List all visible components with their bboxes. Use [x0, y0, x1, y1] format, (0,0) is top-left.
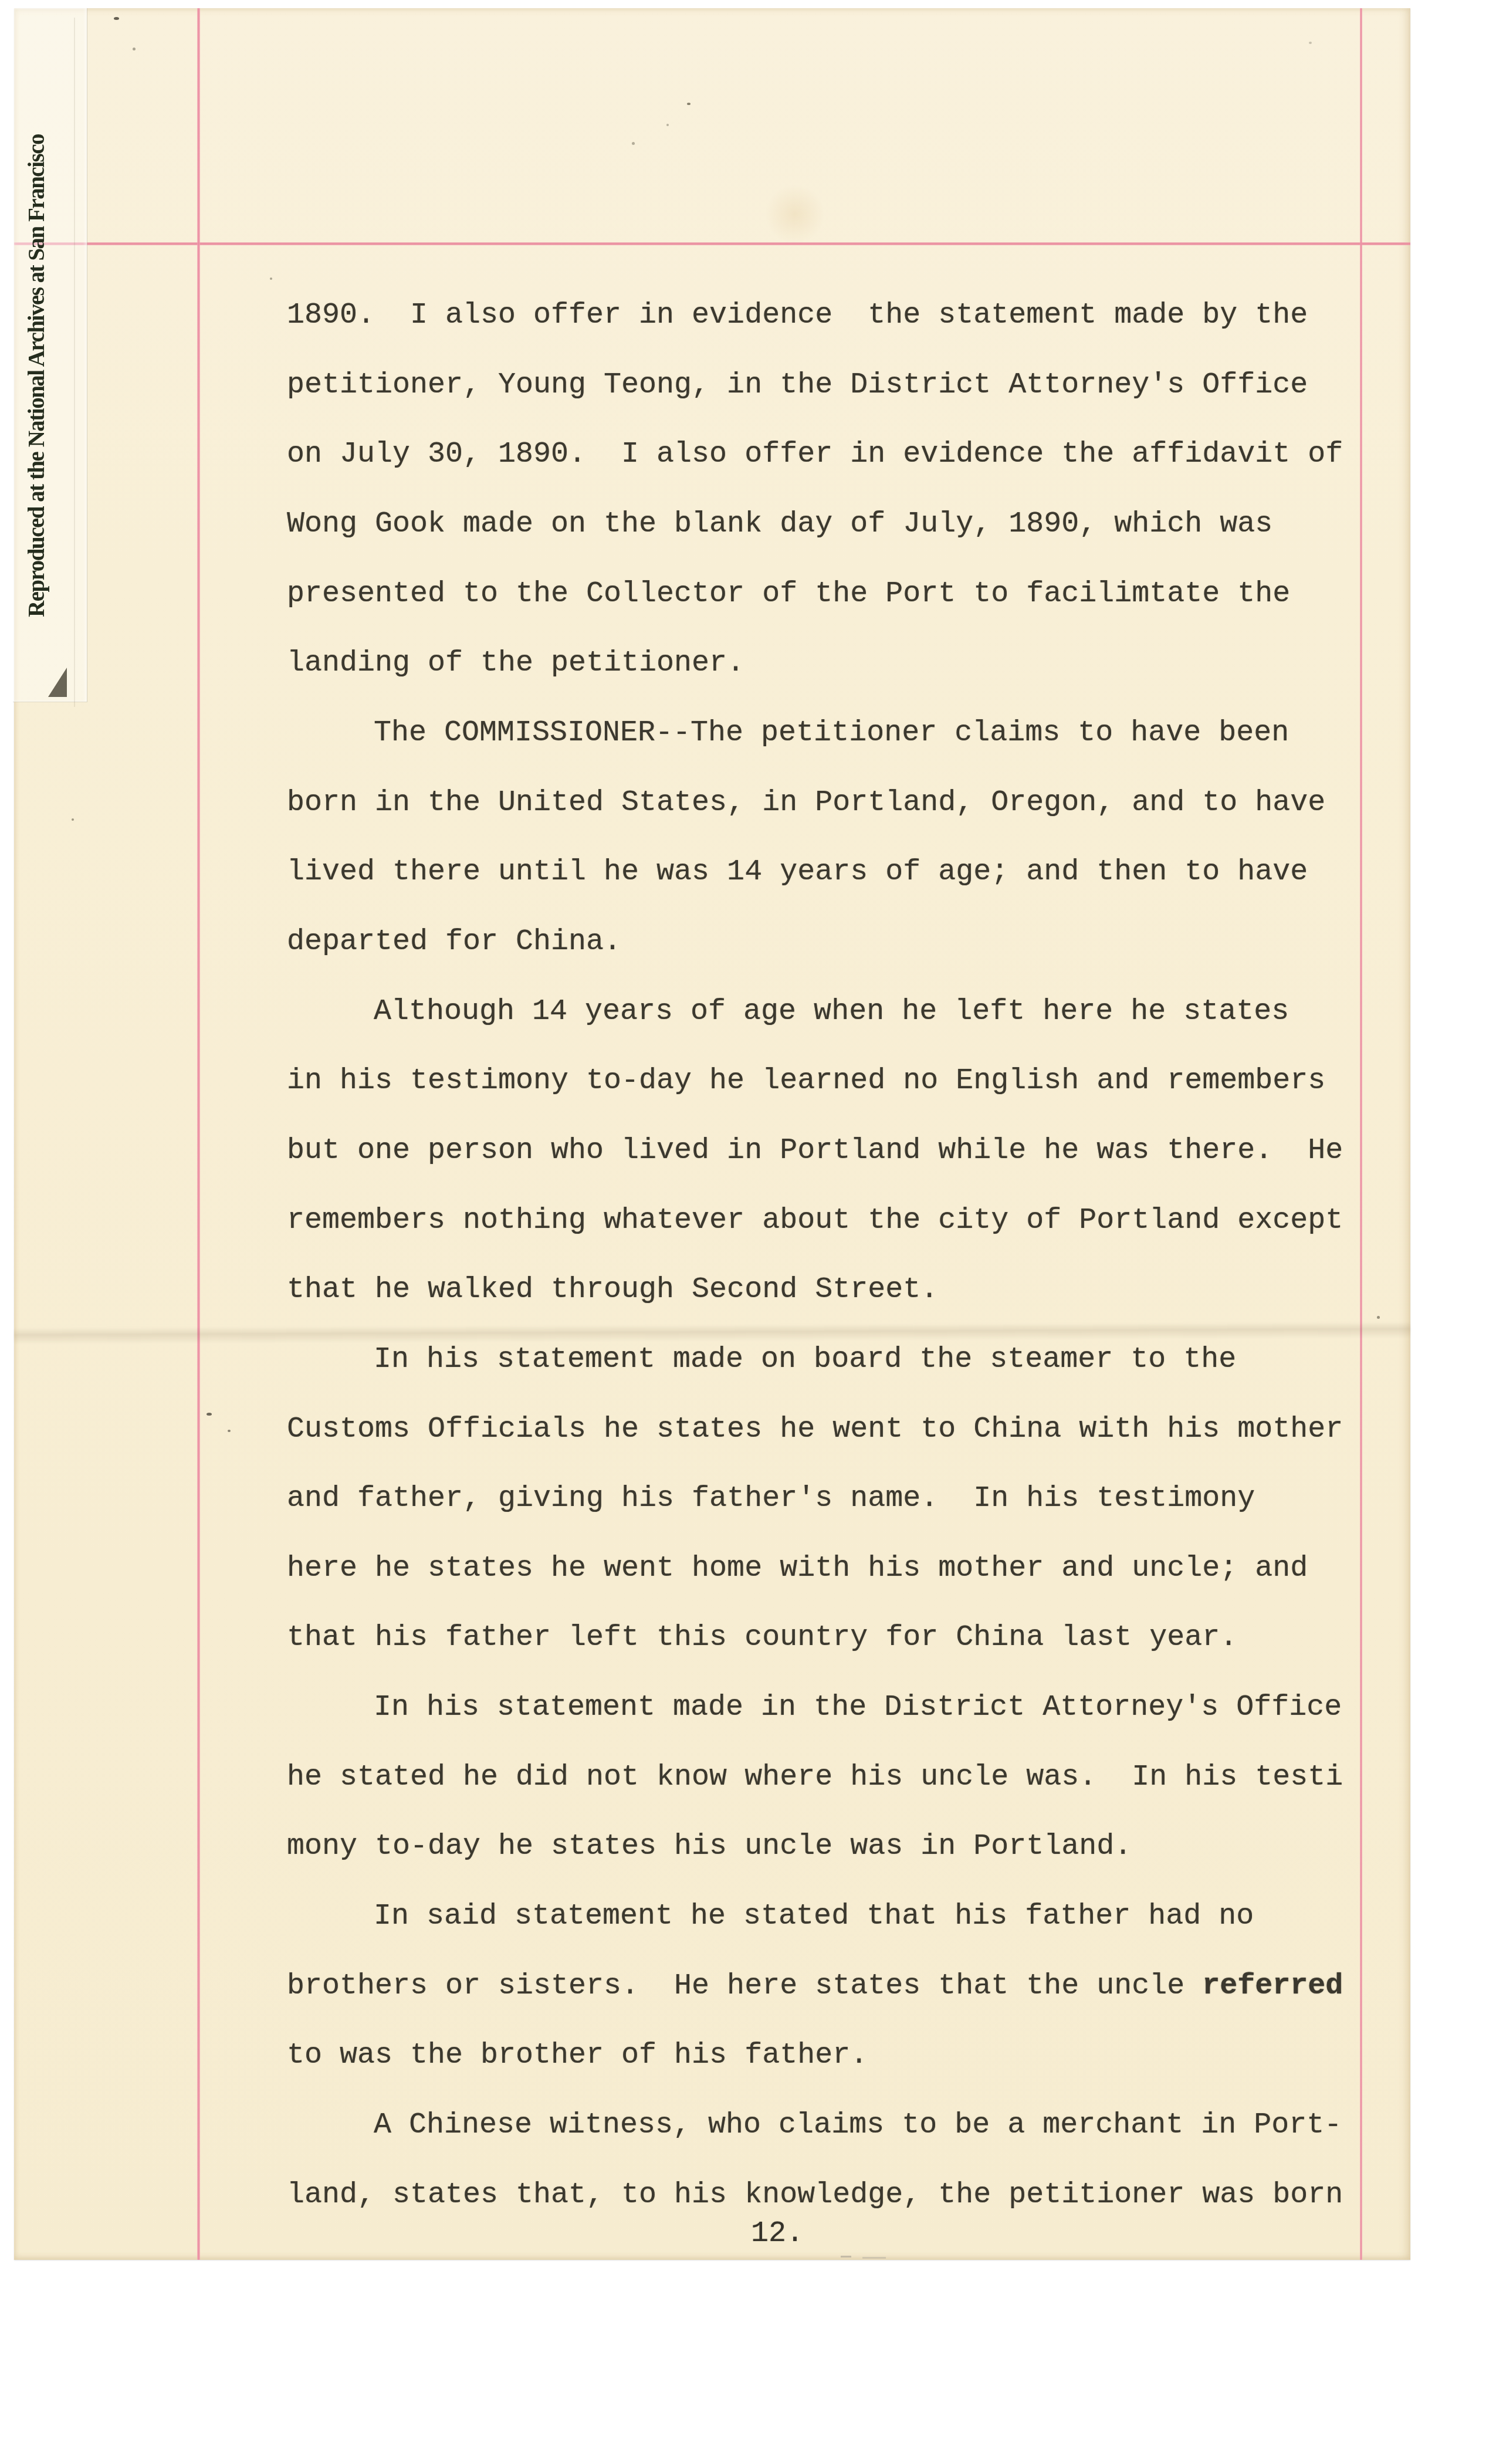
document-line: presented to the Collector of the Port t… [287, 579, 1402, 649]
paper-speck [133, 48, 136, 50]
document-line: on July 30, 1890. I also offer in eviden… [287, 439, 1402, 509]
paper-speck [687, 103, 691, 105]
paper-speck [841, 2256, 851, 2257]
document-line: mony to-day he states his uncle was in P… [287, 1832, 1402, 1901]
document-line: land, states that, to his knowledge, the… [287, 2180, 1402, 2250]
document-line: In his statement made in the District At… [287, 1693, 1402, 1762]
document-line: that his father left this country for Ch… [287, 1623, 1402, 1693]
document-line: In his statement made on board the steam… [287, 1345, 1402, 1414]
paper-speck [114, 17, 119, 20]
document-line: Although 14 years of age when he left he… [287, 997, 1402, 1067]
document-line: to was the brother of his father. [287, 2040, 1402, 2110]
document-line: Wong Gook made on the blank day of July,… [287, 509, 1402, 579]
paper-speck [666, 124, 669, 126]
ruled-line-horizontal [14, 242, 1410, 245]
ruled-line-vertical-left [197, 8, 200, 2260]
paper-speck [72, 818, 74, 821]
document-line: landing of the petitioner. [287, 648, 1402, 718]
document-line: remembers nothing whatever about the cit… [287, 1206, 1402, 1275]
document-line: departed for China. [287, 927, 1402, 997]
paper-speck [1377, 1316, 1380, 1319]
document-line: here he states he went home with his mot… [287, 1553, 1402, 1623]
document-line: A Chinese witness, who claims to be a me… [287, 2110, 1402, 2180]
document-line: lived there until he was 14 years of age… [287, 857, 1402, 927]
typed-text-block: 1890. I also offer in evidence the state… [287, 300, 1402, 2249]
document-line: born in the United States, in Portland, … [287, 788, 1402, 858]
paper-speck [632, 142, 635, 145]
tape-wrinkle [74, 18, 75, 707]
document-line: in his testimony to-day he learned no En… [287, 1066, 1402, 1136]
document-line: petitioner, Young Teong, in the District… [287, 370, 1402, 440]
document-line: In said statement he stated that his fat… [287, 1901, 1402, 1971]
paper-speck [1309, 42, 1312, 44]
document-line: Customs Officials he states he went to C… [287, 1414, 1402, 1484]
document-line: that he walked through Second Street. [287, 1275, 1402, 1345]
page-number: 12. [751, 2219, 804, 2249]
document-line: he stated he did not know where his uncl… [287, 1762, 1402, 1832]
paper-speck [270, 277, 272, 280]
paper-speck [207, 1413, 212, 1416]
document-line: but one person who lived in Portland whi… [287, 1136, 1402, 1206]
document-line: 1890. I also offer in evidence the state… [287, 300, 1402, 370]
paper-speck [228, 1430, 231, 1432]
paper-stain [754, 173, 836, 255]
document-line: brothers or sisters. He here states that… [287, 1971, 1402, 2041]
document-line: and father, giving his father's name. In… [287, 1484, 1402, 1553]
paper-speck [862, 2257, 886, 2259]
archives-stamp-text: Reproduced at the National Archives at S… [23, 134, 50, 617]
document-line: The COMMISSIONER--The petitioner claims … [287, 718, 1402, 788]
